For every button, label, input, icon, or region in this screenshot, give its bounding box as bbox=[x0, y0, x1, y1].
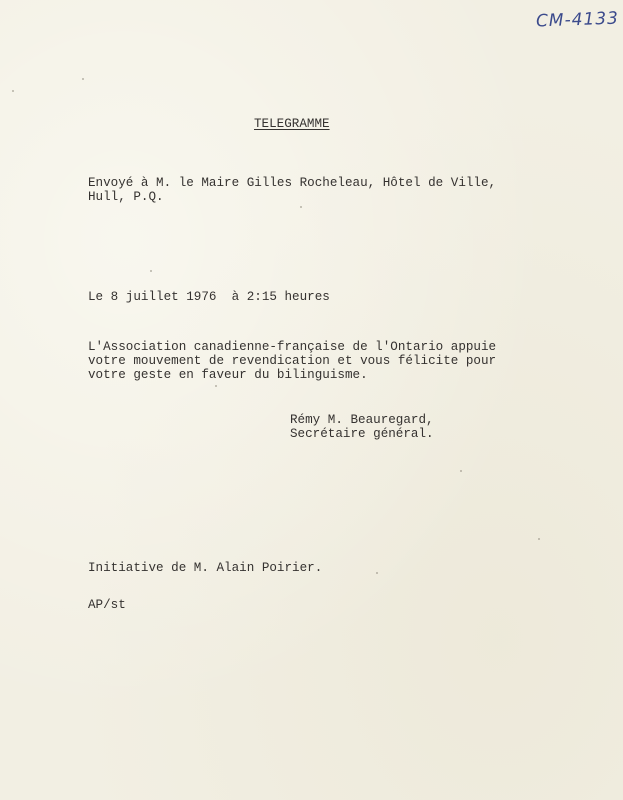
paper-speck bbox=[215, 385, 217, 387]
paper-speck bbox=[376, 572, 378, 574]
paper-speck bbox=[300, 206, 302, 208]
paper-speck bbox=[538, 538, 540, 540]
archive-reference-handwritten: CM-4133 bbox=[536, 9, 620, 32]
recipient-line-2: Hull, P.Q. bbox=[88, 190, 164, 204]
paper-speck bbox=[460, 470, 462, 472]
recipient-line-1: Envoyé à M. le Maire Gilles Rocheleau, H… bbox=[88, 176, 496, 190]
document-page: CM-4133 TELEGRAMME Envoyé à M. le Maire … bbox=[0, 0, 623, 800]
document-title: TELEGRAMME bbox=[254, 117, 330, 131]
message-line-2: votre mouvement de revendication et vous… bbox=[88, 354, 496, 368]
signatory-name: Rémy M. Beauregard, bbox=[290, 413, 434, 427]
paper-speck bbox=[12, 90, 14, 92]
message-line-1: L'Association canadienne-française de l'… bbox=[88, 340, 496, 354]
date-line: Le 8 juillet 1976 à 2:15 heures bbox=[88, 290, 330, 304]
reference-initials: AP/st bbox=[88, 598, 126, 612]
signatory-position: Secrétaire général. bbox=[290, 427, 434, 441]
initiative-line: Initiative de M. Alain Poirier. bbox=[88, 561, 322, 575]
paper-speck bbox=[150, 270, 152, 272]
message-line-3: votre geste en faveur du bilinguisme. bbox=[88, 368, 368, 382]
paper-speck bbox=[82, 78, 84, 80]
